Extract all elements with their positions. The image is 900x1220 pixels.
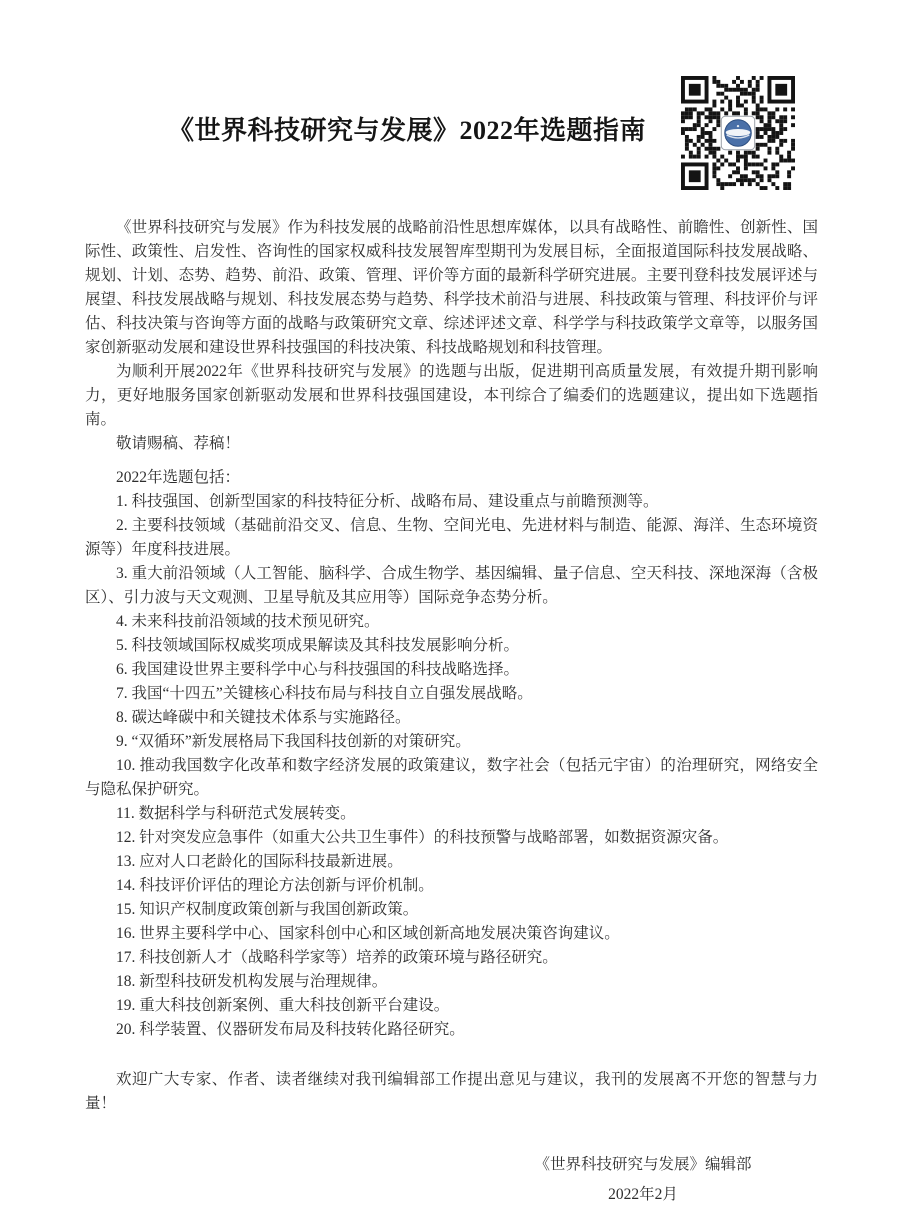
intro-paragraph: 敬请赐稿、荐稿！ — [85, 432, 818, 456]
topic-item: 12. 针对突发应急事件（如重大公共卫生事件）的科技预警与战略部署，如数据资源灾… — [85, 826, 818, 850]
topic-item: 15. 知识产权制度政策创新与我国创新政策。 — [85, 898, 818, 922]
signature-date: 2022年2月 — [513, 1180, 773, 1210]
qr-pattern — [681, 76, 795, 190]
topic-item: 3. 重大前沿领域（人工智能、脑科学、合成生物学、基因编辑、量子信息、空天科技、… — [85, 562, 818, 610]
signature-block: 《世界科技研究与发展》编辑部 2022年2月 — [513, 1150, 773, 1210]
topic-item: 11. 数据科学与科研范式发展转变。 — [85, 802, 818, 826]
document-title: 《世界科技研究与发展》2022年选题指南 — [168, 110, 646, 147]
topic-item: 10. 推动我国数字化改革和数字经济发展的政策建议，数字社会（包括元宇宙）的治理… — [85, 754, 818, 802]
topic-item: 17. 科技创新人才（战略科学家等）培养的政策环境与路径研究。 — [85, 946, 818, 970]
topic-item: 19. 重大科技创新案例、重大科技创新平台建设。 — [85, 994, 818, 1018]
closing-paragraph: 欢迎广大专家、作者、读者继续对我刊编辑部工作提出意见与建议，我刊的发展离不开您的… — [85, 1068, 818, 1116]
topics-heading: 2022年选题包括： — [85, 466, 818, 490]
topic-item: 2. 主要科技领域（基础前沿交叉、信息、生物、空间光电、先进材料与制造、能源、海… — [85, 514, 818, 562]
intro-paragraph: 《世界科技研究与发展》作为科技发展的战略前沿性思想库媒体，以具有战略性、前瞻性、… — [85, 216, 818, 360]
topic-item: 7. 我国“十四五”关键核心科技布局与科技自立自强发展战略。 — [85, 682, 818, 706]
topic-item: 16. 世界主要科学中心、国家科创中心和区域创新高地发展决策咨询建议。 — [85, 922, 818, 946]
topic-item: 14. 科技评价评估的理论方法创新与评价机制。 — [85, 874, 818, 898]
topic-item: 20. 科学装置、仪器研发布局及科技转化路径研究。 — [85, 1018, 818, 1042]
topic-item: 9. “双循环”新发展格局下我国科技创新的对策研究。 — [85, 730, 818, 754]
wechat-qr-code-icon — [681, 76, 795, 190]
topic-item: 18. 新型科技研发机构发展与治理规律。 — [85, 970, 818, 994]
document-header: 《世界科技研究与发展》2022年选题指南 — [0, 0, 900, 216]
topic-item: 13. 应对人口老龄化的国际科技最新进展。 — [85, 850, 818, 874]
topic-item: 5. 科技领域国际权威奖项成果解读及其科技发展影响分析。 — [85, 634, 818, 658]
topics-list: 1. 科技强国、创新型国家的科技特征分析、战略布局、建设重点与前瞻预测等。 2.… — [85, 490, 818, 1042]
topic-item: 6. 我国建设世界主要科学中心与科技强国的科技战略选择。 — [85, 658, 818, 682]
document-page: 《世界科技研究与发展》2022年选题指南 《世界科技研究与发展》作为科技发展的战… — [0, 0, 900, 1220]
topic-item: 4. 未来科技前沿领域的技术预见研究。 — [85, 610, 818, 634]
signature-org: 《世界科技研究与发展》编辑部 — [513, 1150, 773, 1180]
intro-paragraph: 为顺利开展2022年《世界科技研究与发展》的选题与出版，促进期刊高质量发展，有效… — [85, 360, 818, 432]
topic-item: 1. 科技强国、创新型国家的科技特征分析、战略布局、建设重点与前瞻预测等。 — [85, 490, 818, 514]
document-body: 《世界科技研究与发展》作为科技发展的战略前沿性思想库媒体，以具有战略性、前瞻性、… — [0, 216, 900, 1210]
topic-item: 8. 碳达峰碳中和关键技术体系与实施路径。 — [85, 706, 818, 730]
